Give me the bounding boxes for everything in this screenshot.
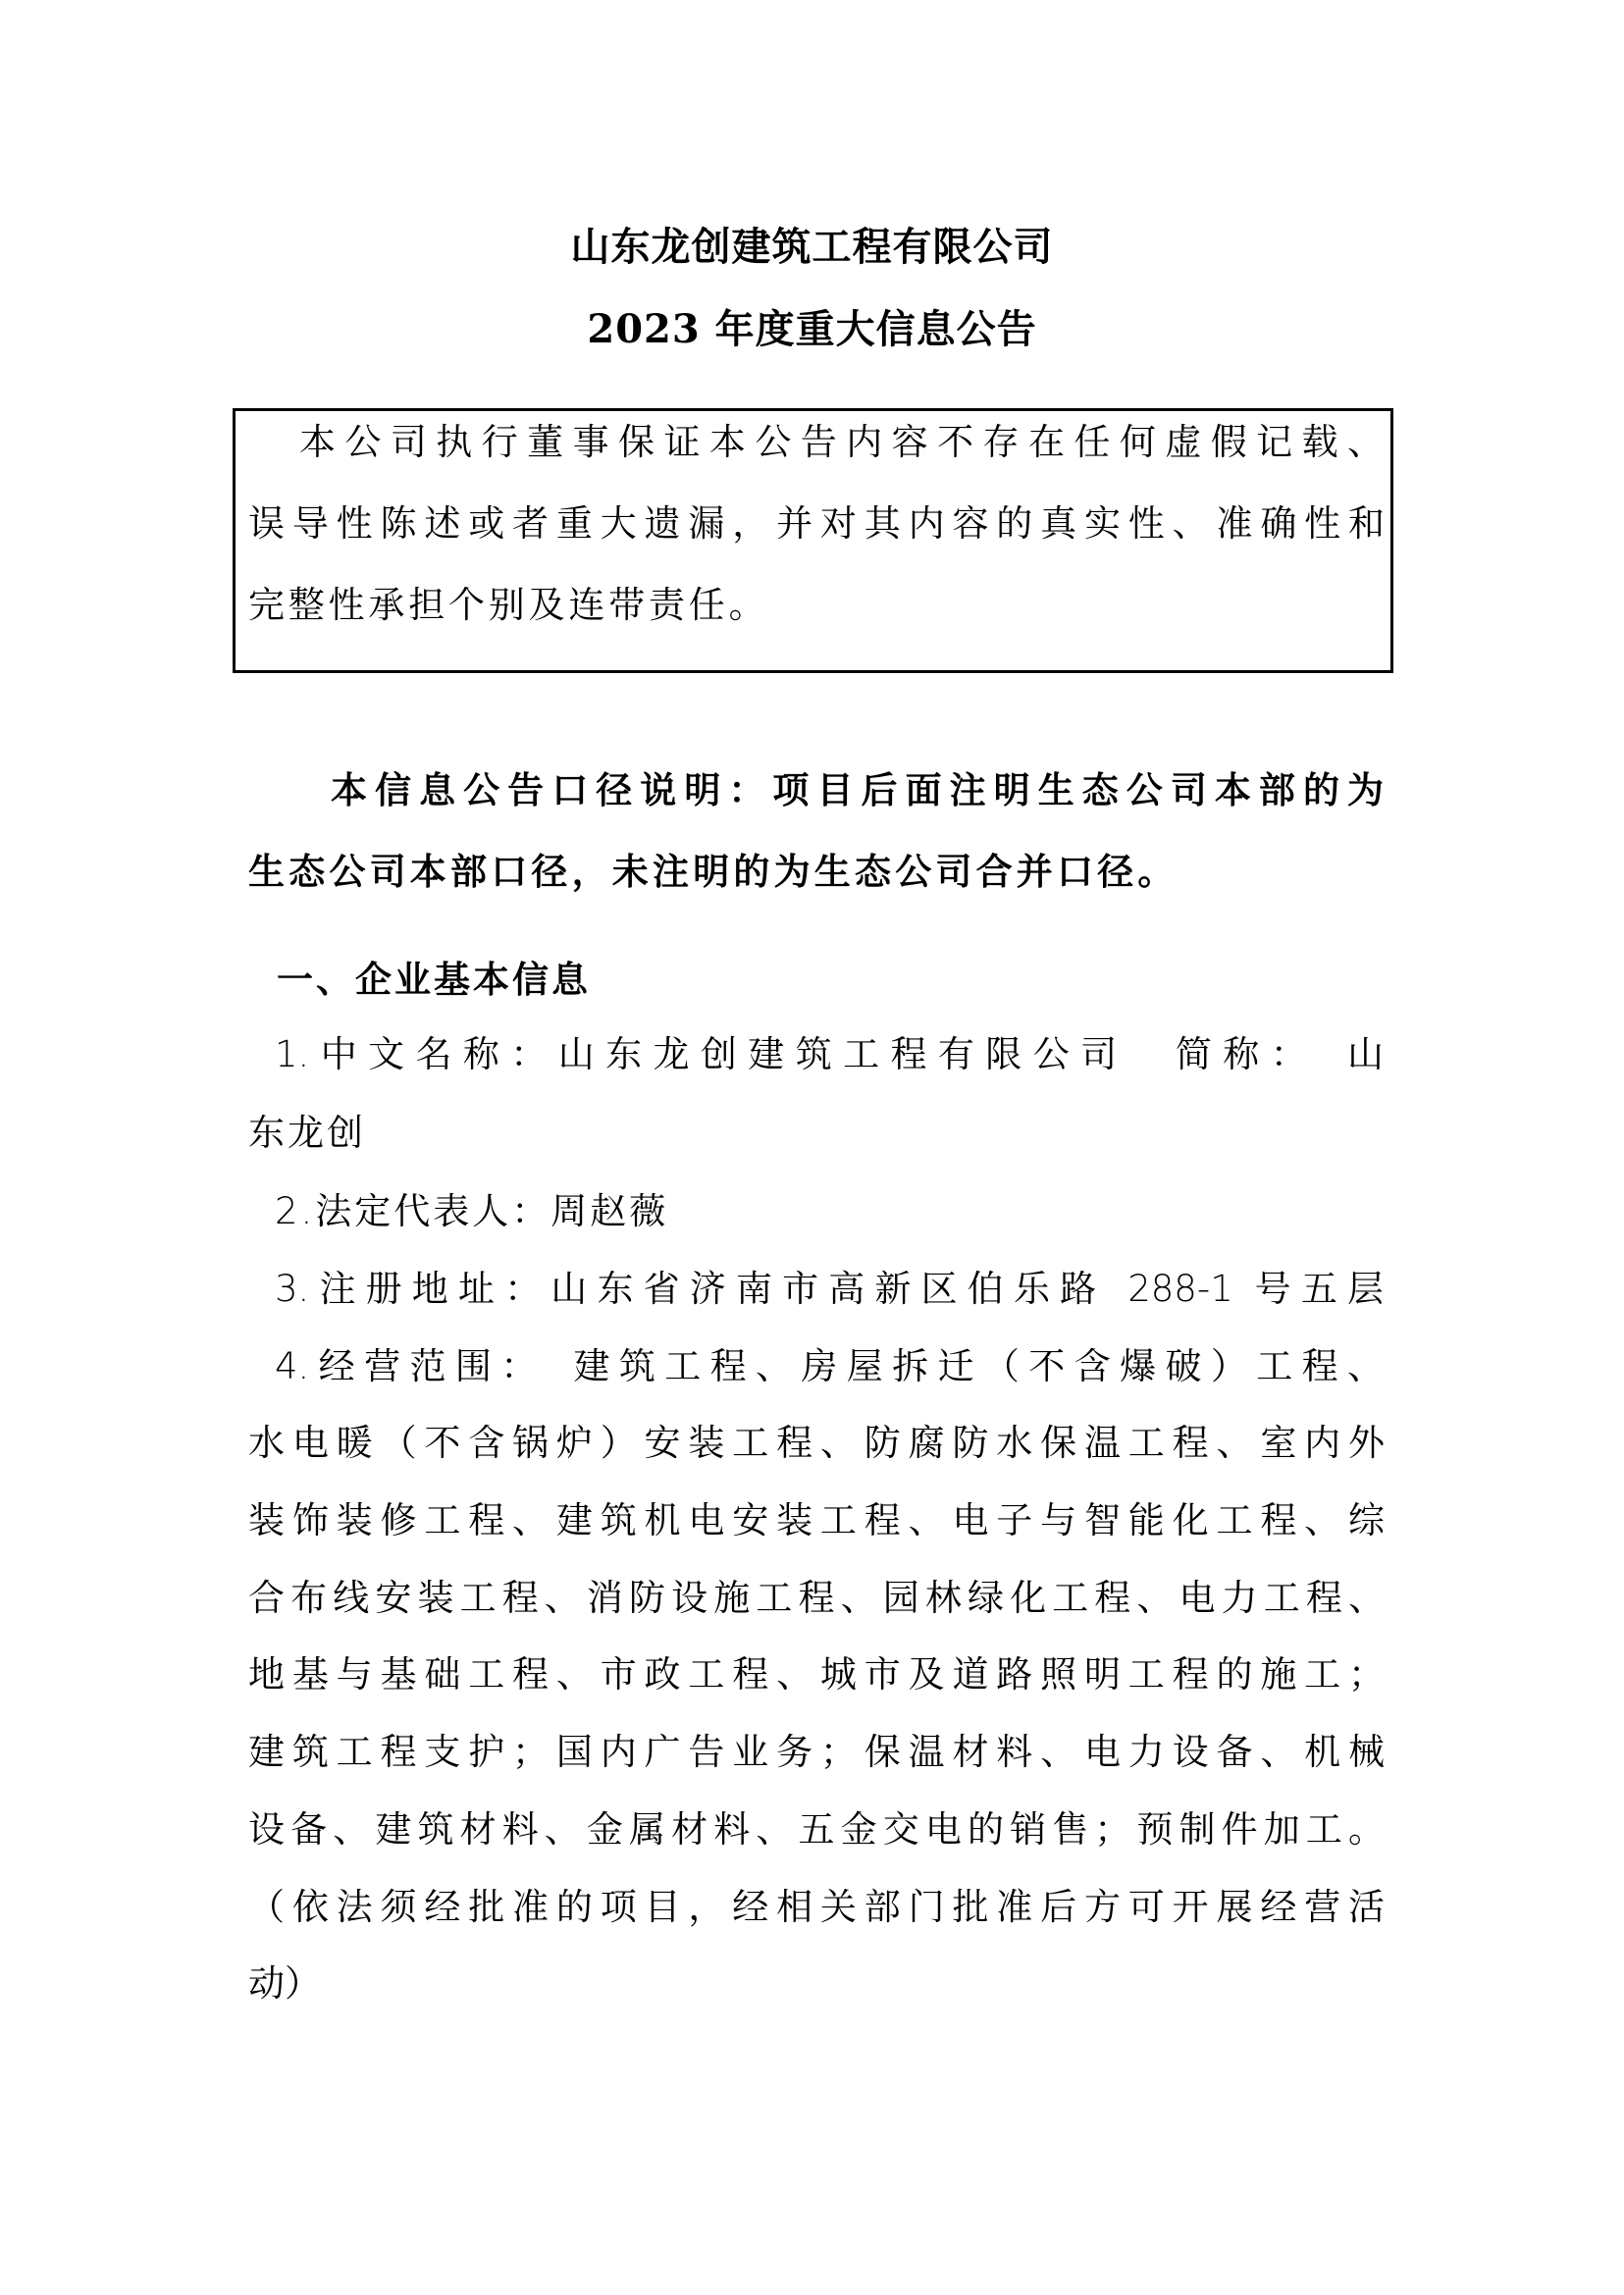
caliber-note-line-2: 生态公司本部口径，未注明的为生态公司合并口径。 xyxy=(248,850,1179,895)
company-name-line-1: 1.中文名称：山东龙创建筑工程有限公司 简称： 山 xyxy=(275,1032,1384,1077)
company-name-line-2: 东龙创 xyxy=(248,1111,366,1156)
statement-line-1: 本公司执行董事保证本公告内容不存在任何虚假记载、 xyxy=(299,420,1384,465)
business-scope-line-7: 设备、建筑材料、金属材料、五金交电的销售；预制件加工。 xyxy=(248,1807,1385,1852)
registered-address: 3.注册地址：山东省济南市高新区伯乐路 288-1 号五层 xyxy=(275,1267,1384,1312)
document-title-company: 山东龙创建筑工程有限公司 xyxy=(0,224,1624,271)
business-scope-line-5: 地基与基础工程、市政工程、城市及道路照明工程的施工； xyxy=(248,1652,1385,1697)
business-scope-line-3: 装饰装修工程、建筑机电安装工程、电子与智能化工程、综 xyxy=(248,1498,1385,1543)
document-title-announcement: 2023 年度重大信息公告 xyxy=(0,306,1624,353)
statement-line-2: 误导性陈述或者重大遗漏，并对其内容的真实性、准确性和 xyxy=(248,501,1385,547)
business-scope-line-6: 建筑工程支护；国内广告业务；保温材料、电力设备、机械 xyxy=(248,1730,1385,1775)
business-scope-line-4: 合布线安装工程、消防设施工程、园林绿化工程、电力工程、 xyxy=(248,1576,1385,1621)
business-scope-line-2: 水电暖（不含锅炉）安装工程、防腐防水保温工程、室内外 xyxy=(248,1421,1385,1466)
business-scope-line-9: 动） xyxy=(248,1961,321,2007)
caliber-note-line-1: 本信息公告口径说明：项目后面注明生态公司本部的为 xyxy=(331,768,1384,813)
document-page: 山东龙创建筑工程有限公司 2023 年度重大信息公告 本公司执行董事保证本公告内… xyxy=(0,0,1624,2295)
business-scope-line-8: （依法须经批准的项目，经相关部门批准后方可开展经营活 xyxy=(248,1885,1385,1930)
section-1-heading: 一、企业基本信息 xyxy=(277,958,591,1003)
statement-line-3: 完整性承担个别及连带责任。 xyxy=(248,583,768,628)
legal-representative: 2.法定代表人：周赵薇 xyxy=(275,1189,668,1234)
business-scope-line-1: 4.经营范围： 建筑工程、房屋拆迁（不含爆破）工程、 xyxy=(275,1344,1384,1389)
